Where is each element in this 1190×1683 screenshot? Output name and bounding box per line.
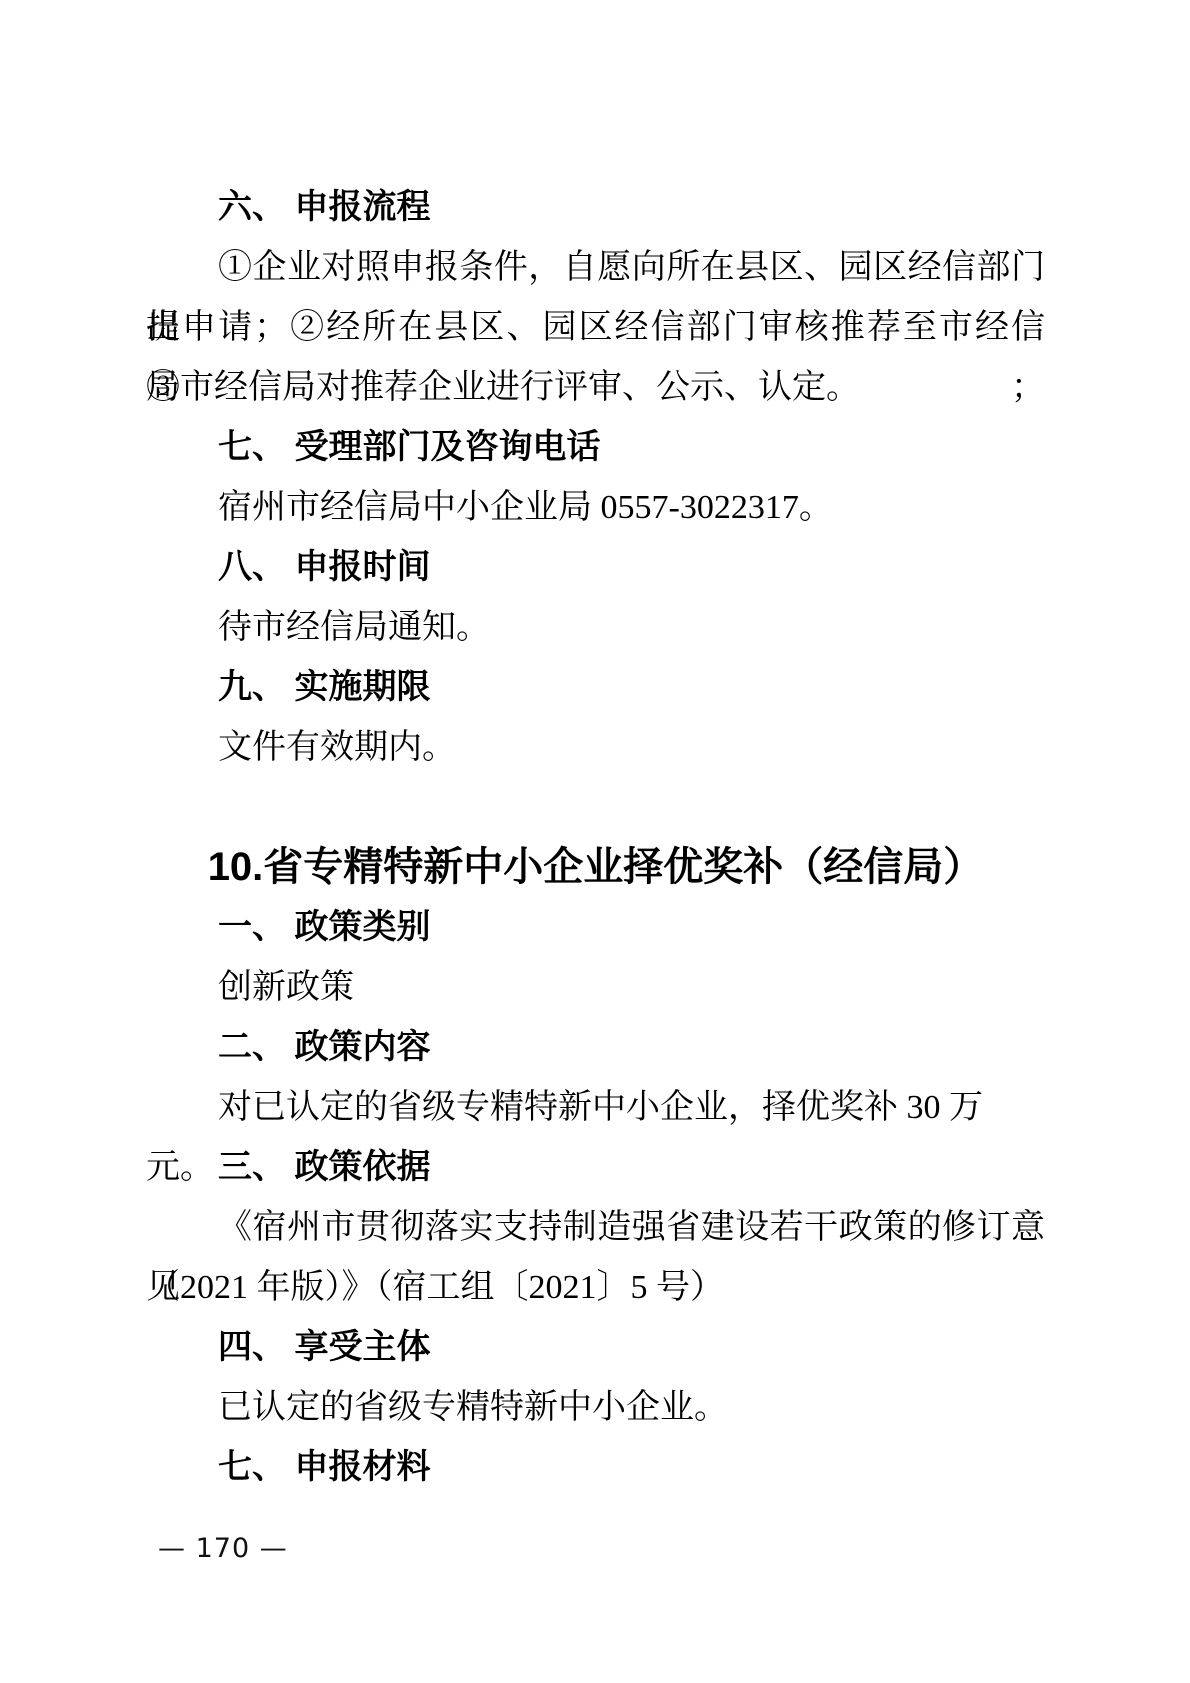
body-text-line: ①企业对照申报条件，自愿向所在县区、园区经信部门提 <box>146 238 1045 298</box>
section-heading: 九、 实施期限 <box>146 658 1045 718</box>
page-number: — 170 — <box>158 1533 288 1564</box>
body-text-line: 创新政策 <box>146 958 1045 1018</box>
body-text-line: 待市经信局通知。 <box>146 598 1045 658</box>
page-footer: — 170 — <box>158 1532 288 1566</box>
section-heading: 七、 申报材料 <box>146 1438 1045 1498</box>
section-heading: 七、 受理部门及咨询电话 <box>146 418 1045 478</box>
section-heading: 八、 申报时间 <box>146 538 1045 598</box>
section-heading: 一、 政策类别 <box>146 898 1045 958</box>
body-text-line: 已认定的省级专精特新中小企业。 <box>146 1378 1045 1438</box>
page-content: 六、 申报流程 ①企业对照申报条件，自愿向所在县区、园区经信部门提 出申请；②经… <box>146 178 1045 1498</box>
body-text-line: 《宿州市贯彻落实支持制造强省建设若干政策的修订意见 <box>146 1198 1045 1258</box>
section-heading: 四、 享受主体 <box>146 1318 1045 1378</box>
document-page: 六、 申报流程 ①企业对照申报条件，自愿向所在县区、园区经信部门提 出申请；②经… <box>0 0 1190 1683</box>
chapter-title: 10.省专精特新中小企业择优奖补（经信局） <box>146 836 1045 898</box>
section-heading: 三、 政策依据 <box>146 1138 1045 1198</box>
section-heading: 二、 政策内容 <box>146 1018 1045 1078</box>
body-text-line: 文件有效期内。 <box>146 718 1045 778</box>
body-text-line: 对已认定的省级专精特新中小企业，择优奖补 30 万元。 <box>146 1078 1045 1138</box>
body-text-line: （2021 年版）》（宿工组〔2021〕5 号） <box>146 1258 1045 1318</box>
body-text-line: 出申请；②经所在县区、园区经信部门审核推荐至市经信局； <box>146 298 1045 358</box>
section-heading: 六、 申报流程 <box>146 178 1045 238</box>
body-text-line: 宿州市经信局中小企业局 0557-3022317。 <box>146 478 1045 538</box>
